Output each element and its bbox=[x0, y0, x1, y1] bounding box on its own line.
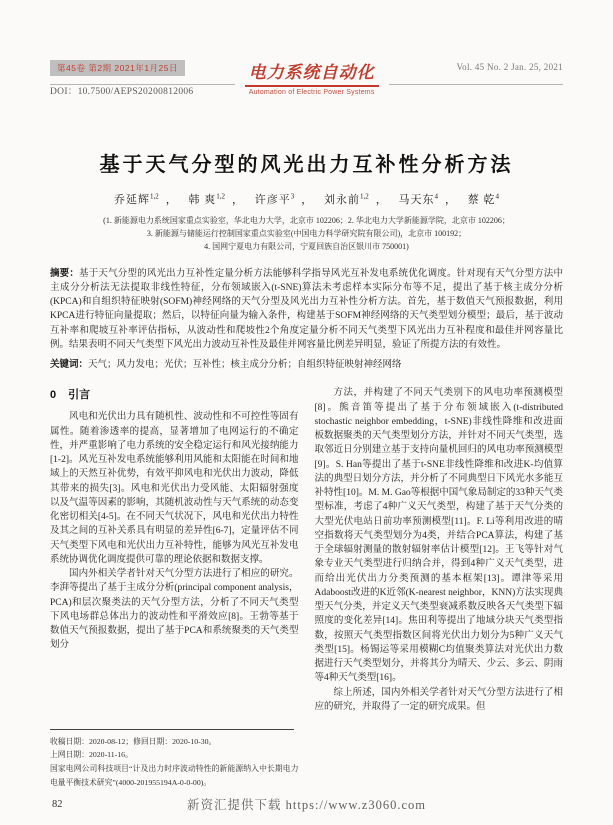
section-heading-intro: 0引言 bbox=[50, 386, 299, 402]
journal-name-cn: 电力系统自动化 bbox=[245, 58, 379, 87]
author-name: 韩 爽 bbox=[189, 194, 217, 206]
author-name: 乔延辉 bbox=[114, 194, 150, 206]
header-left: 第45卷 第2期 2021年1月25日 DOI：10.7500/AEPS2020… bbox=[50, 58, 235, 97]
author: 乔延辉1,2 bbox=[114, 194, 159, 206]
journal-name-en: Automation of Electric Power Systems bbox=[241, 89, 383, 96]
section-title: 引言 bbox=[68, 389, 90, 401]
keywords-text: 天气；风力发电；光伏；互补性；核主成分分析；自组织特征映射神经网络 bbox=[88, 360, 402, 370]
body-paragraph: 风电和光伏出力具有随机性、波动性和不可控性等固有属性。随着渗透率的提高，显著增加… bbox=[50, 410, 299, 567]
affiliation-line: 4. 国网宁夏电力有限公司，宁夏回族自治区银川市 750001) bbox=[50, 240, 563, 253]
author-name: 马天东 bbox=[399, 194, 435, 206]
author-name: 许彦平 bbox=[255, 194, 291, 206]
affiliation-line: (1. 新能源电力系统国家重点实验室，华北电力大学，北京市 102206；2. … bbox=[50, 214, 563, 227]
footnote-divider bbox=[50, 729, 294, 730]
section-number: 0 bbox=[50, 389, 56, 401]
keywords: 关键词：天气；风力发电；光伏；互补性；核主成分分析；自组织特征映射神经网络 bbox=[50, 358, 563, 372]
author-affil-sup: 1,2 bbox=[360, 192, 369, 200]
author-separator: ， bbox=[376, 194, 388, 206]
author-list: 乔延辉1,2， 韩 爽1,2， 许彦平3， 刘永前1,2， 马天东4， 蔡 乾4 bbox=[50, 191, 563, 207]
author: 韩 爽1,2 bbox=[189, 194, 226, 206]
body-paragraph: 综上所述，国内外相关学者针对天气分型方法进行了相应的研究，并取得了一定的研究成果… bbox=[315, 686, 564, 715]
paper-title: 基于天气分型的风光出力互补性分析方法 bbox=[50, 148, 563, 177]
author-name: 刘永前 bbox=[324, 194, 360, 206]
author: 蔡 乾4 bbox=[468, 194, 499, 206]
issue-info-badge: 第45卷 第2期 2021年1月25日 bbox=[50, 60, 185, 77]
footnote-received-dates: 收稿日期：2020-08-12；修回日期：2020-10-30。 bbox=[50, 735, 299, 749]
author-affil-sup: 4 bbox=[435, 192, 439, 200]
keywords-label: 关键词： bbox=[50, 359, 88, 370]
author-separator: ， bbox=[166, 194, 178, 206]
footnote-funding: 国家电网公司科技项目“计及出力时序波动特性的新能源纳入中长期电力电量平衡技术研究… bbox=[50, 762, 299, 789]
author-affil-sup: 4 bbox=[496, 192, 500, 200]
footnote-block: 收稿日期：2020-08-12；修回日期：2020-10-30。 上网日期：20… bbox=[50, 729, 299, 790]
affiliation-list: (1. 新能源电力系统国家重点实验室，华北电力大学，北京市 102206；2. … bbox=[50, 214, 563, 254]
paper-page: 第45卷 第2期 2021年1月25日 DOI：10.7500/AEPS2020… bbox=[0, 0, 613, 825]
author-affil-sup: 1,2 bbox=[150, 192, 159, 200]
abstract-text: 基于天气分型的风光出力互补性定量分析方法能够科学指导风光互补发电系统优化调度。针… bbox=[50, 269, 563, 350]
author-separator: ， bbox=[301, 194, 313, 206]
author-affil-sup: 3 bbox=[291, 192, 295, 200]
abstract-label: 摘要： bbox=[50, 268, 79, 279]
affiliation-line: 3. 新能源与储能运行控制国家重点实验室(中国电力科学研究院有限公司)，北京市 … bbox=[50, 227, 563, 240]
issue-info-en: Vol. 45 No. 2 Jan. 25, 2021 bbox=[389, 58, 563, 72]
doi-text: DOI：10.7500/AEPS20200812006 bbox=[50, 83, 235, 97]
body-paragraph: 国内外相关学者针对天气分型方法进行了相应的研究。李湃等提出了基于主成分分析(pr… bbox=[50, 567, 299, 653]
journal-logo: 电力系统自动化 Automation of Electric Power Sys… bbox=[235, 58, 389, 96]
author-separator: ， bbox=[232, 194, 244, 206]
author-affil-sup: 1,2 bbox=[216, 192, 225, 200]
author-name: 蔡 乾 bbox=[468, 194, 496, 206]
author-separator: ， bbox=[445, 194, 457, 206]
body-columns: 0引言 风电和光伏出力具有随机性、波动性和不可控性等固有属性。随着渗透率的提高，… bbox=[50, 386, 563, 810]
author: 刘永前1,2 bbox=[324, 194, 369, 206]
right-column: 方法，并构建了不同天气类别下的风电功率预测模型[8]。熊音笛等提出了基于分布领域… bbox=[315, 386, 564, 810]
left-column: 0引言 风电和光伏出力具有随机性、波动性和不可控性等固有属性。随着渗透率的提高，… bbox=[50, 386, 299, 810]
author: 许彦平3 bbox=[255, 194, 295, 206]
author: 马天东4 bbox=[399, 194, 439, 206]
download-watermark: 新资汇提供下载 https://www.z3060.com bbox=[0, 795, 613, 813]
abstract: 摘要：基于天气分型的风光出力互补性定量分析方法能够科学指导风光互补发电系统优化调… bbox=[50, 267, 563, 353]
body-paragraph: 方法，并构建了不同天气类别下的风电功率预测模型[8]。熊音笛等提出了基于分布领域… bbox=[315, 386, 564, 685]
footnote-online-date: 上网日期：2020-11-16。 bbox=[50, 748, 299, 762]
journal-header: 第45卷 第2期 2021年1月25日 DOI：10.7500/AEPS2020… bbox=[50, 58, 563, 108]
